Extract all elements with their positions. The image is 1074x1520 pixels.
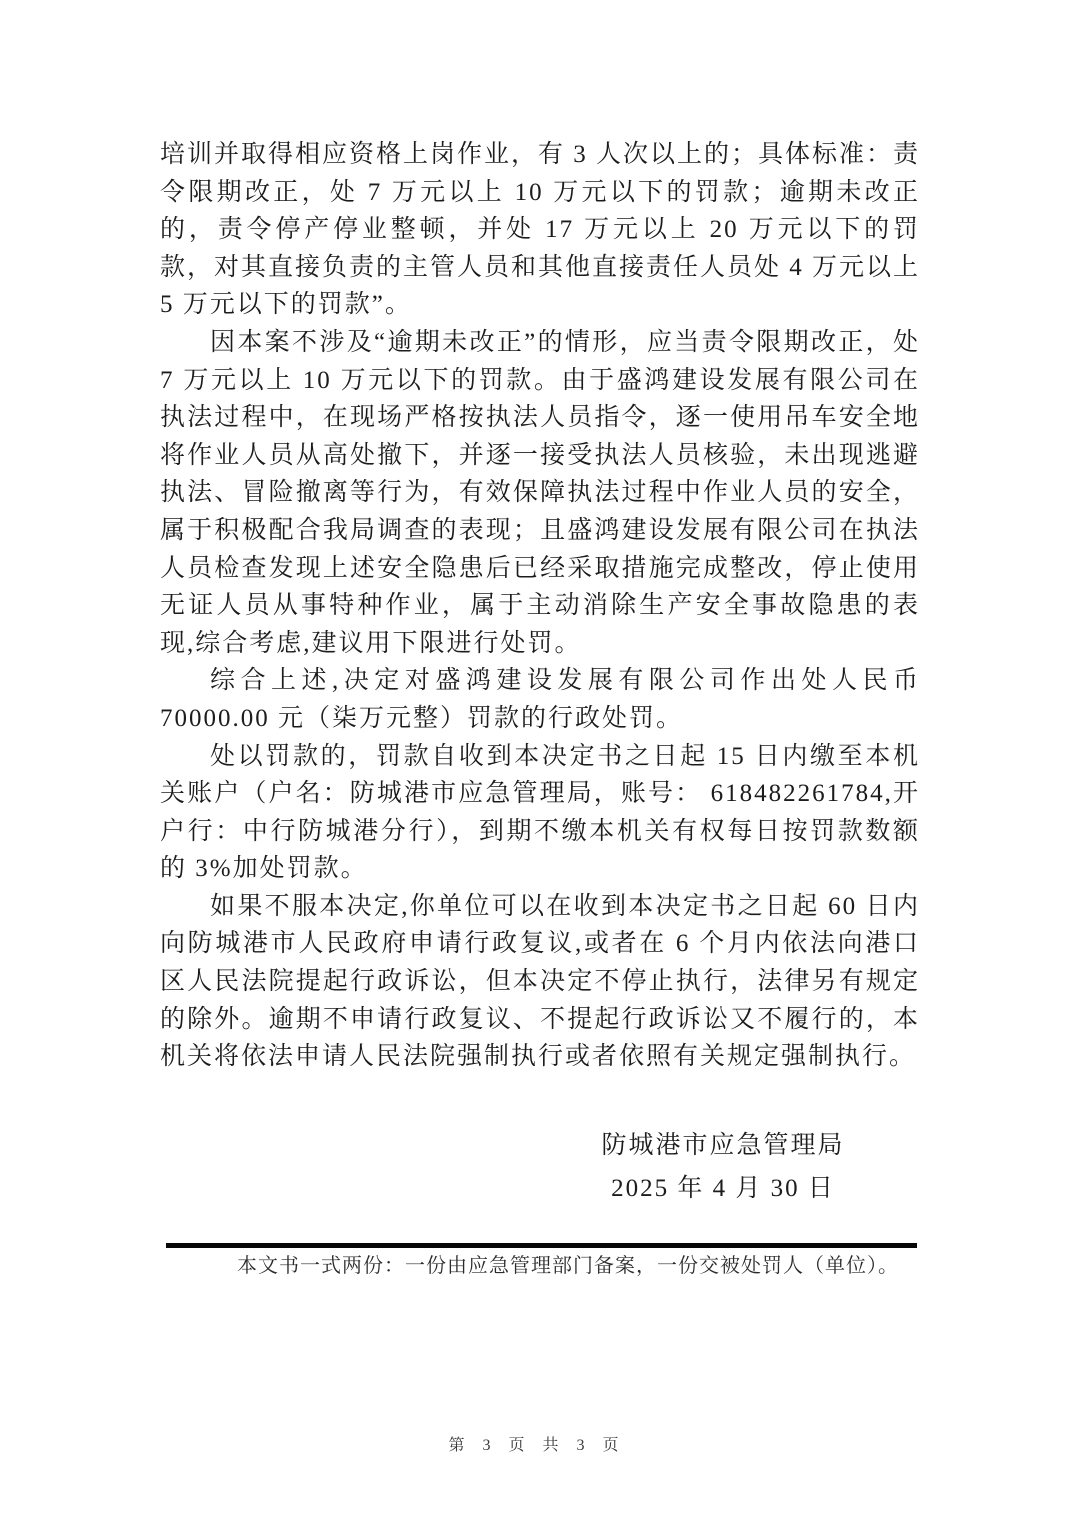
issuing-authority: 防城港市应急管理局 [373, 1124, 1073, 1167]
distribution-footnote: 本文书一式两份：一份由应急管理部门备案，一份交被处罚人（单位）。 [166, 1252, 917, 1280]
penalty-decision-page: 培训并取得相应资格上岗作业，有 3 人次以上的；具体标准：责令限期改正，处 7 … [0, 0, 1074, 1520]
body-paragraph-appeal-rights: 如果不服本决定,你单位可以在收到本决定书之日起 60 日内向防城港市人民政府申请… [160, 888, 920, 1076]
page-number: 第 3 页 共 3 页 [0, 1432, 1074, 1455]
document-body: 培训并取得相应资格上岗作业，有 3 人次以上的；具体标准：责令限期改正，处 7 … [160, 136, 920, 1076]
signature-block: 防城港市应急管理局 2025 年 4 月 30 日 [373, 1124, 1073, 1210]
body-paragraph-penalty-standard: 培训并取得相应资格上岗作业，有 3 人次以上的；具体标准：责令限期改正，处 7 … [160, 136, 920, 324]
body-paragraph-case-discretion: 因本案不涉及“逾期未改正”的情形，应当责令限期改正，处 7 万元以上 10 万元… [160, 324, 920, 662]
body-paragraph-penalty-decision: 综合上述,决定对盛鸿建设发展有限公司作出处人民币 70000.00 元（柒万元整… [160, 662, 920, 737]
signature-date: 2025 年 4 月 30 日 [373, 1167, 1073, 1210]
footnote-divider [166, 1243, 917, 1248]
body-paragraph-payment-instructions: 处以罚款的，罚款自收到本决定书之日起 15 日内缴至本机关账户（户名：防城港市应… [160, 738, 920, 888]
